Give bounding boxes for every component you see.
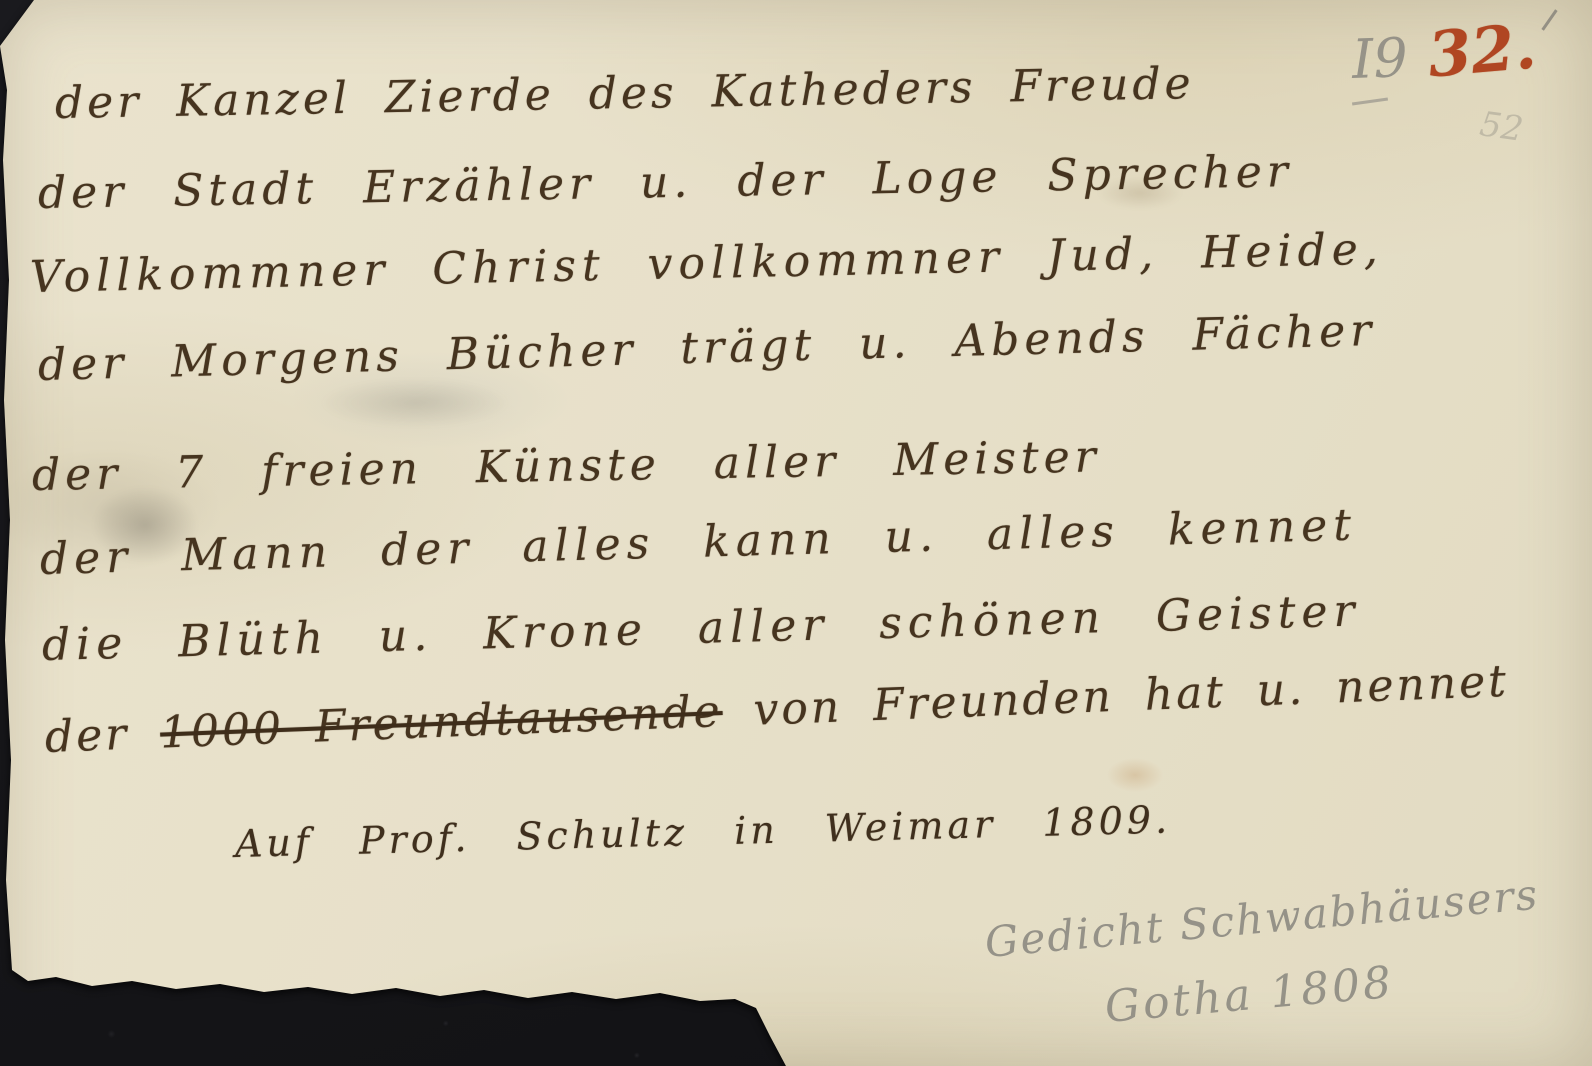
manuscript-line: der Mann der alles kann u. alles kennet bbox=[39, 500, 1357, 585]
manuscript-line: die Blüth u. Krone aller schönen Geister bbox=[41, 585, 1361, 671]
line8-prefix: der bbox=[44, 708, 161, 763]
manuscript-line: der Stadt Erzähler u. der Loge Sprecher bbox=[38, 146, 1294, 219]
manuscript-line-with-deletion: der 1000 Freundtausende von Freunden hat… bbox=[44, 656, 1510, 763]
pencil-attribution-line2: Gotha 1808 bbox=[1103, 957, 1396, 1033]
pencil-attribution-line1: Gedicht Schwabhäusers bbox=[983, 870, 1541, 967]
dateline: Auf Prof. Schultz in Weimar 1809. bbox=[234, 797, 1171, 865]
manuscript-scan: I9 32. 52 der Kanzel Zierde des Katheder… bbox=[0, 0, 1592, 1066]
folio-number-red-ink: 32. bbox=[1425, 9, 1539, 91]
struck-through-words: 1000 Freundtausende bbox=[159, 686, 723, 759]
paper-sheet-wrap: I9 32. 52 der Kanzel Zierde des Katheder… bbox=[0, 0, 1592, 1066]
manuscript-line: der Morgens Bücher trägt u. Abends Fäche… bbox=[37, 305, 1376, 391]
pencil-caret-mark bbox=[1541, 9, 1557, 30]
folio-underline-mark bbox=[1352, 98, 1388, 106]
faint-pencil-number: 52 bbox=[1477, 104, 1525, 150]
line8-suffix: von Freunden hat u. nennet bbox=[722, 656, 1510, 737]
torn-paper-sheet: I9 32. 52 der Kanzel Zierde des Katheder… bbox=[0, 0, 1592, 1066]
manuscript-line: der Kanzel Zierde des Katheders Freude bbox=[55, 58, 1195, 129]
folio-number-pencil: I9 bbox=[1351, 26, 1409, 91]
manuscript-line: Vollkommner Christ vollkommner Jud, Heid… bbox=[29, 224, 1384, 303]
manuscript-line: der 7 freien Künste aller Meister bbox=[32, 431, 1102, 501]
